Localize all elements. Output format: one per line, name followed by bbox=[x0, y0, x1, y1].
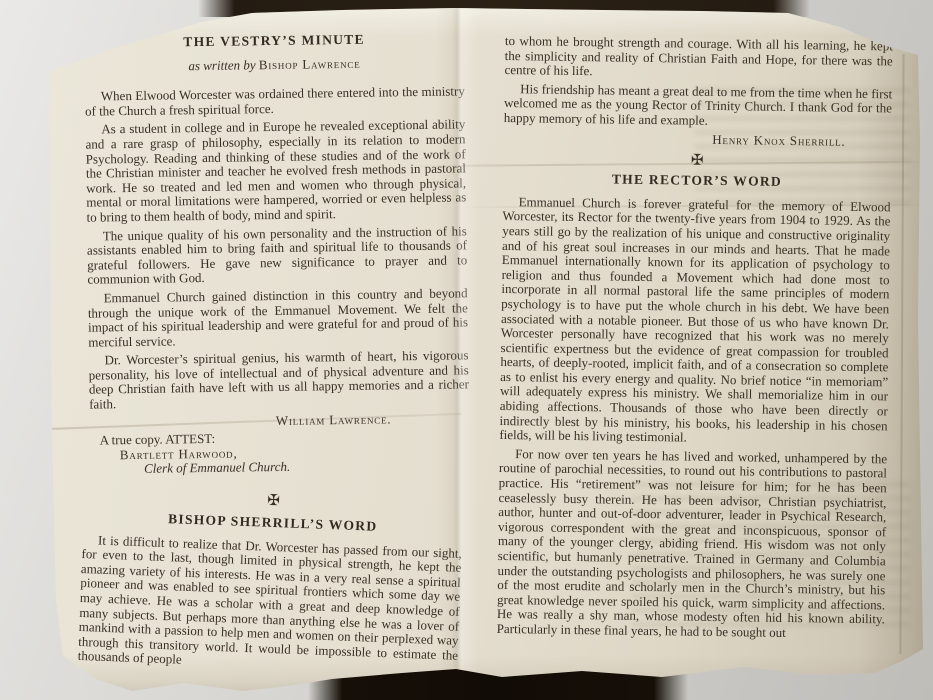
rector-word-title: THE RECTOR’S WORD bbox=[503, 171, 891, 191]
right-page-column: to whom he brought strength and courage.… bbox=[505, 34, 893, 641]
signature-name: William Lawrence. bbox=[276, 411, 392, 428]
vestry-minute-title: THE VESTRY’S MINUTE bbox=[84, 31, 464, 51]
pamphlet-paper: THE VESTRY’S MINUTE as written by Bishop… bbox=[0, 0, 933, 700]
right-edge-fold-crease bbox=[899, 54, 904, 654]
bishop-sherrill-section: ✠ BISHOP SHERRILL’S WORD It is difficult… bbox=[77, 486, 463, 678]
paragraph: It is difficult to realize that Dr. Worc… bbox=[77, 532, 462, 677]
paper-left-edge-shadow bbox=[0, 0, 34, 700]
signature-name: Henry Knox Sherrill. bbox=[712, 131, 845, 148]
byline-author: Bishop Lawrence bbox=[259, 55, 361, 71]
paragraph: When Elwood Worcester was ordained there… bbox=[85, 85, 465, 119]
signature-henry-knox-sherrill: Henry Knox Sherrill. bbox=[503, 130, 891, 150]
paragraph: His friendship has meant a great deal to… bbox=[504, 82, 893, 131]
photo-scene: THE VESTRY’S MINUTE as written by Bishop… bbox=[0, 0, 933, 700]
paragraph: For now over ten years he has lived and … bbox=[497, 447, 888, 642]
paragraph: Emmanuel Church gained distinction in th… bbox=[88, 286, 469, 350]
left-page-column: THE VESTRY’S MINUTE as written by Bishop… bbox=[84, 34, 464, 668]
paragraph: Dr. Worcester’s spiritual genius, his wa… bbox=[88, 349, 469, 413]
signature-william-lawrence: William Lawrence. bbox=[89, 411, 469, 431]
maltese-cross-ornament: ✠ bbox=[503, 150, 891, 171]
paragraph: As a student in college and in Europe he… bbox=[85, 118, 466, 225]
paragraph: to whom he brought strength and courage.… bbox=[504, 34, 893, 83]
byline-prefix: as written by bbox=[188, 57, 255, 73]
vestry-minute-section: THE VESTRY’S MINUTE as written by Bishop… bbox=[84, 31, 470, 477]
attest-block: A true copy. ATTEST: Bartlett Harwood, C… bbox=[90, 429, 471, 478]
right-page-content: to whom he brought strength and courage.… bbox=[497, 34, 893, 642]
paragraph: The unique quality of his own personalit… bbox=[87, 224, 468, 288]
vestry-byline: as written by Bishop Lawrence bbox=[84, 55, 464, 75]
paragraph: Emmanuel Church is forever grateful for … bbox=[499, 195, 890, 448]
attest-clerk-title: Clerk of Emmanuel Church. bbox=[90, 458, 470, 478]
